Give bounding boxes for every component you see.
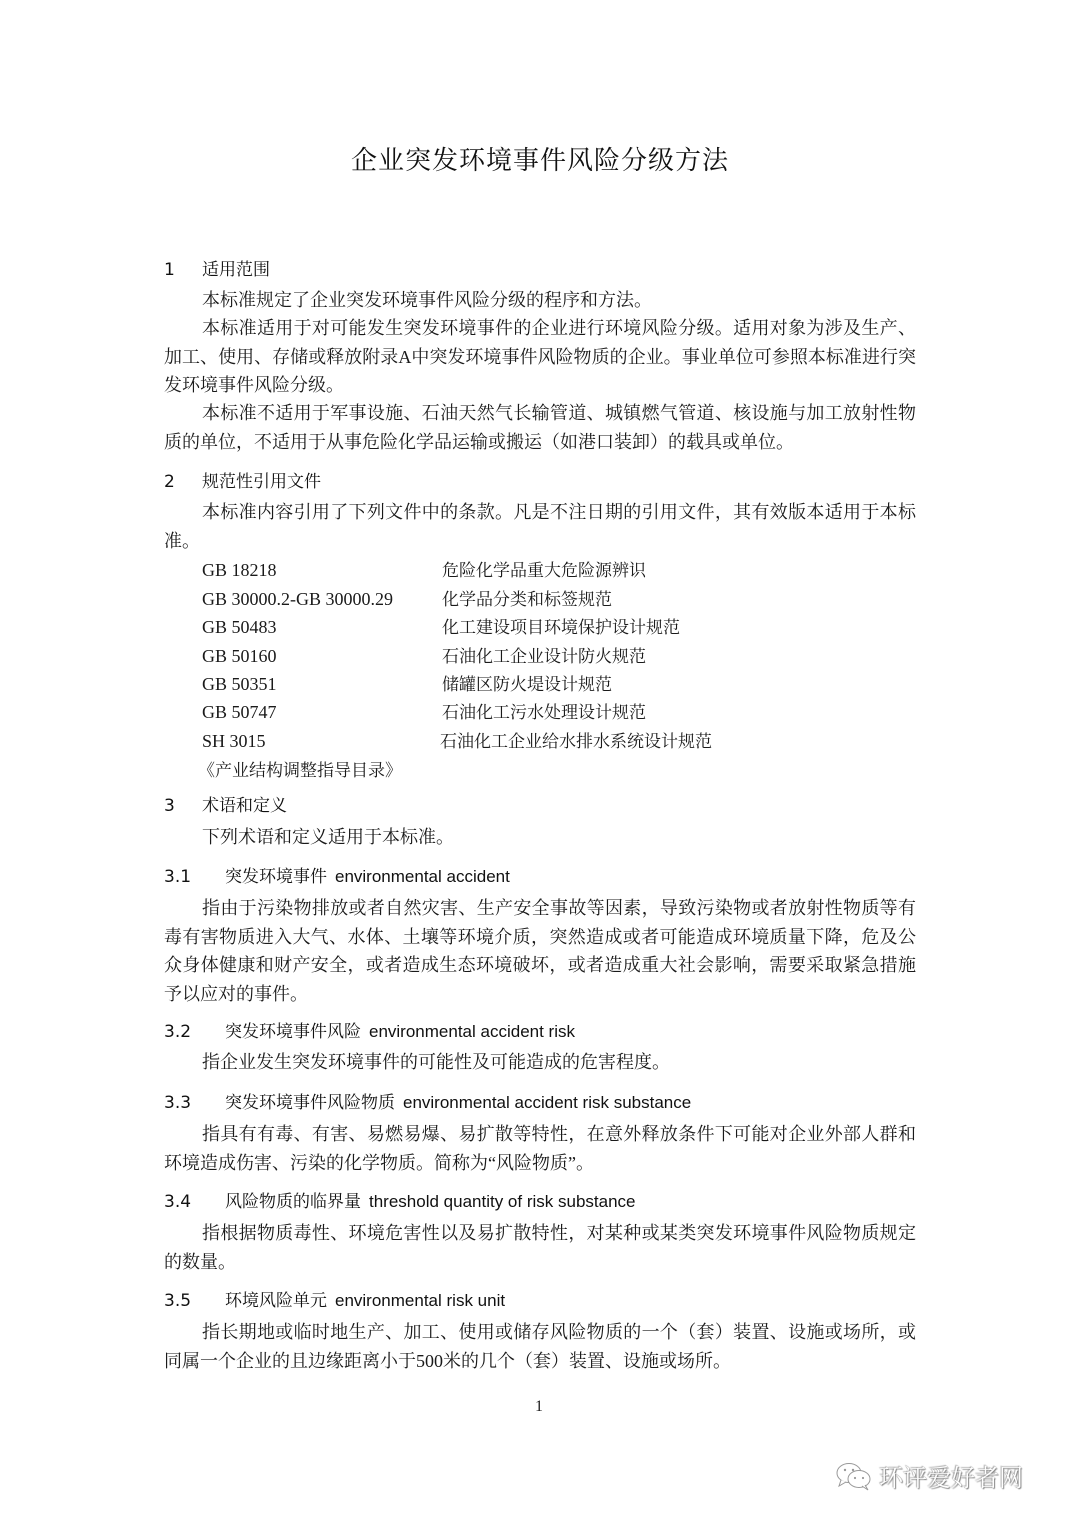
reference-code: GB 30000.2-GB 30000.29 xyxy=(202,589,442,610)
reference-title: 化学品分类和标签规范 xyxy=(442,590,612,610)
term-definition: 指企业发生突发环境事件的可能性及可能造成的危害程度。 xyxy=(164,1048,916,1077)
term-en: environmental accident xyxy=(335,867,510,886)
watermark: 环评爱好者网 xyxy=(835,1458,1023,1493)
term-number: 3.3 xyxy=(164,1093,225,1113)
paragraph: 本标准不适用于军事设施、石油天然气长输管道、城镇燃气管道、核设施与加工放射性物质… xyxy=(164,399,916,456)
term-definition: 指根据物质毒性、环境危害性以及易扩散特性，对某种或某类突发环境事件风险物质规定的… xyxy=(164,1219,916,1276)
section-heading-3: 3术语和定义 xyxy=(164,791,287,816)
term-definition: 指长期地或临时地生产、加工、使用或储存风险物质的一个（套）装置、设施或场所，或同… xyxy=(164,1318,916,1375)
term-heading-3-5: 3.5环境风险单元environmental risk unit xyxy=(164,1286,505,1311)
reference-title: 石油化工污水处理设计规范 xyxy=(442,703,646,723)
term-number: 3.5 xyxy=(164,1291,225,1311)
reference-title: 危险化学品重大危险源辨识 xyxy=(442,561,646,581)
reference-item: GB 30000.2-GB 30000.29化学品分类和标签规范 xyxy=(202,585,612,610)
reference-item: GB 18218危险化学品重大危险源辨识 xyxy=(202,556,646,581)
term-cn: 突发环境事件 xyxy=(225,867,327,887)
reference-item: GB 50351储罐区防火堤设计规范 xyxy=(202,670,612,695)
reference-code: GB 50160 xyxy=(202,646,442,667)
reference-code: GB 50483 xyxy=(202,617,442,638)
term-cn: 环境风险单元 xyxy=(225,1291,327,1311)
watermark-text: 环评爱好者网 xyxy=(879,1458,1023,1493)
reference-item: GB 50747石油化工污水处理设计规范 xyxy=(202,698,646,723)
reference-item: GB 50483化工建设项目环境保护设计规范 xyxy=(202,613,680,638)
section-heading-2: 2规范性引用文件 xyxy=(164,467,321,492)
section-number: 1 xyxy=(164,260,202,280)
term-en: environmental accident risk xyxy=(369,1022,575,1041)
term-heading-3-2: 3.2突发环境事件风险environmental accident risk xyxy=(164,1017,575,1042)
section-title: 适用范围 xyxy=(202,260,270,280)
term-en: threshold quantity of risk substance xyxy=(369,1192,635,1211)
term-heading-3-4: 3.4风险物质的临界量threshold quantity of risk su… xyxy=(164,1187,635,1212)
term-number: 3.4 xyxy=(164,1192,225,1212)
term-definition: 指由于污染物排放或者自然灾害、生产安全事故等因素，导致污染物或者放射性物质等有毒… xyxy=(164,894,916,1008)
reference-title: 石油化工企业设计防火规范 xyxy=(442,647,646,667)
reference-code: GB 50351 xyxy=(202,674,442,695)
term-definition: 指具有有毒、有害、易燃易爆、易扩散等特性，在意外释放条件下可能对企业外部人群和环… xyxy=(164,1120,916,1177)
paragraph: 本标准内容引用了下列文件中的条款。凡是不注日期的引用文件，其有效版本适用于本标准… xyxy=(164,498,916,555)
reference-item: GB 50160石油化工企业设计防火规范 xyxy=(202,642,646,667)
reference-code: GB 18218 xyxy=(202,560,442,581)
paragraph: 本标准规定了企业突发环境事件风险分级的程序和方法。 xyxy=(164,286,916,315)
reference-title: 储罐区防火堤设计规范 xyxy=(442,675,612,695)
section-heading-1: 1适用范围 xyxy=(164,255,270,280)
term-cn: 风险物质的临界量 xyxy=(225,1192,361,1212)
term-heading-3-3: 3.3突发环境事件风险物质environmental accident risk… xyxy=(164,1088,691,1113)
term-cn: 突发环境事件风险物质 xyxy=(225,1093,395,1113)
term-en: environmental accident risk substance xyxy=(403,1093,691,1112)
section-title: 规范性引用文件 xyxy=(202,472,321,492)
section-number: 2 xyxy=(164,472,202,492)
term-number: 3.2 xyxy=(164,1022,225,1042)
reference-item: SH 3015石油化工企业给水排水系统设计规范 xyxy=(202,727,712,752)
term-heading-3-1: 3.1突发环境事件environmental accident xyxy=(164,862,510,887)
document-title: 企业突发环境事件风险分级方法 xyxy=(0,140,1080,177)
term-en: environmental risk unit xyxy=(335,1291,505,1310)
reference-code: SH 3015 xyxy=(202,731,440,752)
term-number: 3.1 xyxy=(164,867,225,887)
term-cn: 突发环境事件风险 xyxy=(225,1022,361,1042)
reference-extra: 《产业结构调整指导目录》 xyxy=(198,756,402,781)
section-title: 术语和定义 xyxy=(202,796,287,816)
reference-title: 化工建设项目环境保护设计规范 xyxy=(442,618,680,638)
paragraph: 下列术语和定义适用于本标准。 xyxy=(164,823,916,852)
reference-code: GB 50747 xyxy=(202,702,442,723)
section-number: 3 xyxy=(164,796,202,816)
page-number: 1 xyxy=(535,1398,543,1416)
reference-title: 石油化工企业给水排水系统设计规范 xyxy=(440,732,712,752)
wechat-icon xyxy=(835,1461,873,1491)
paragraph: 本标准适用于对可能发生突发环境事件的企业进行环境风险分级。适用对象为涉及生产、加… xyxy=(164,314,916,400)
